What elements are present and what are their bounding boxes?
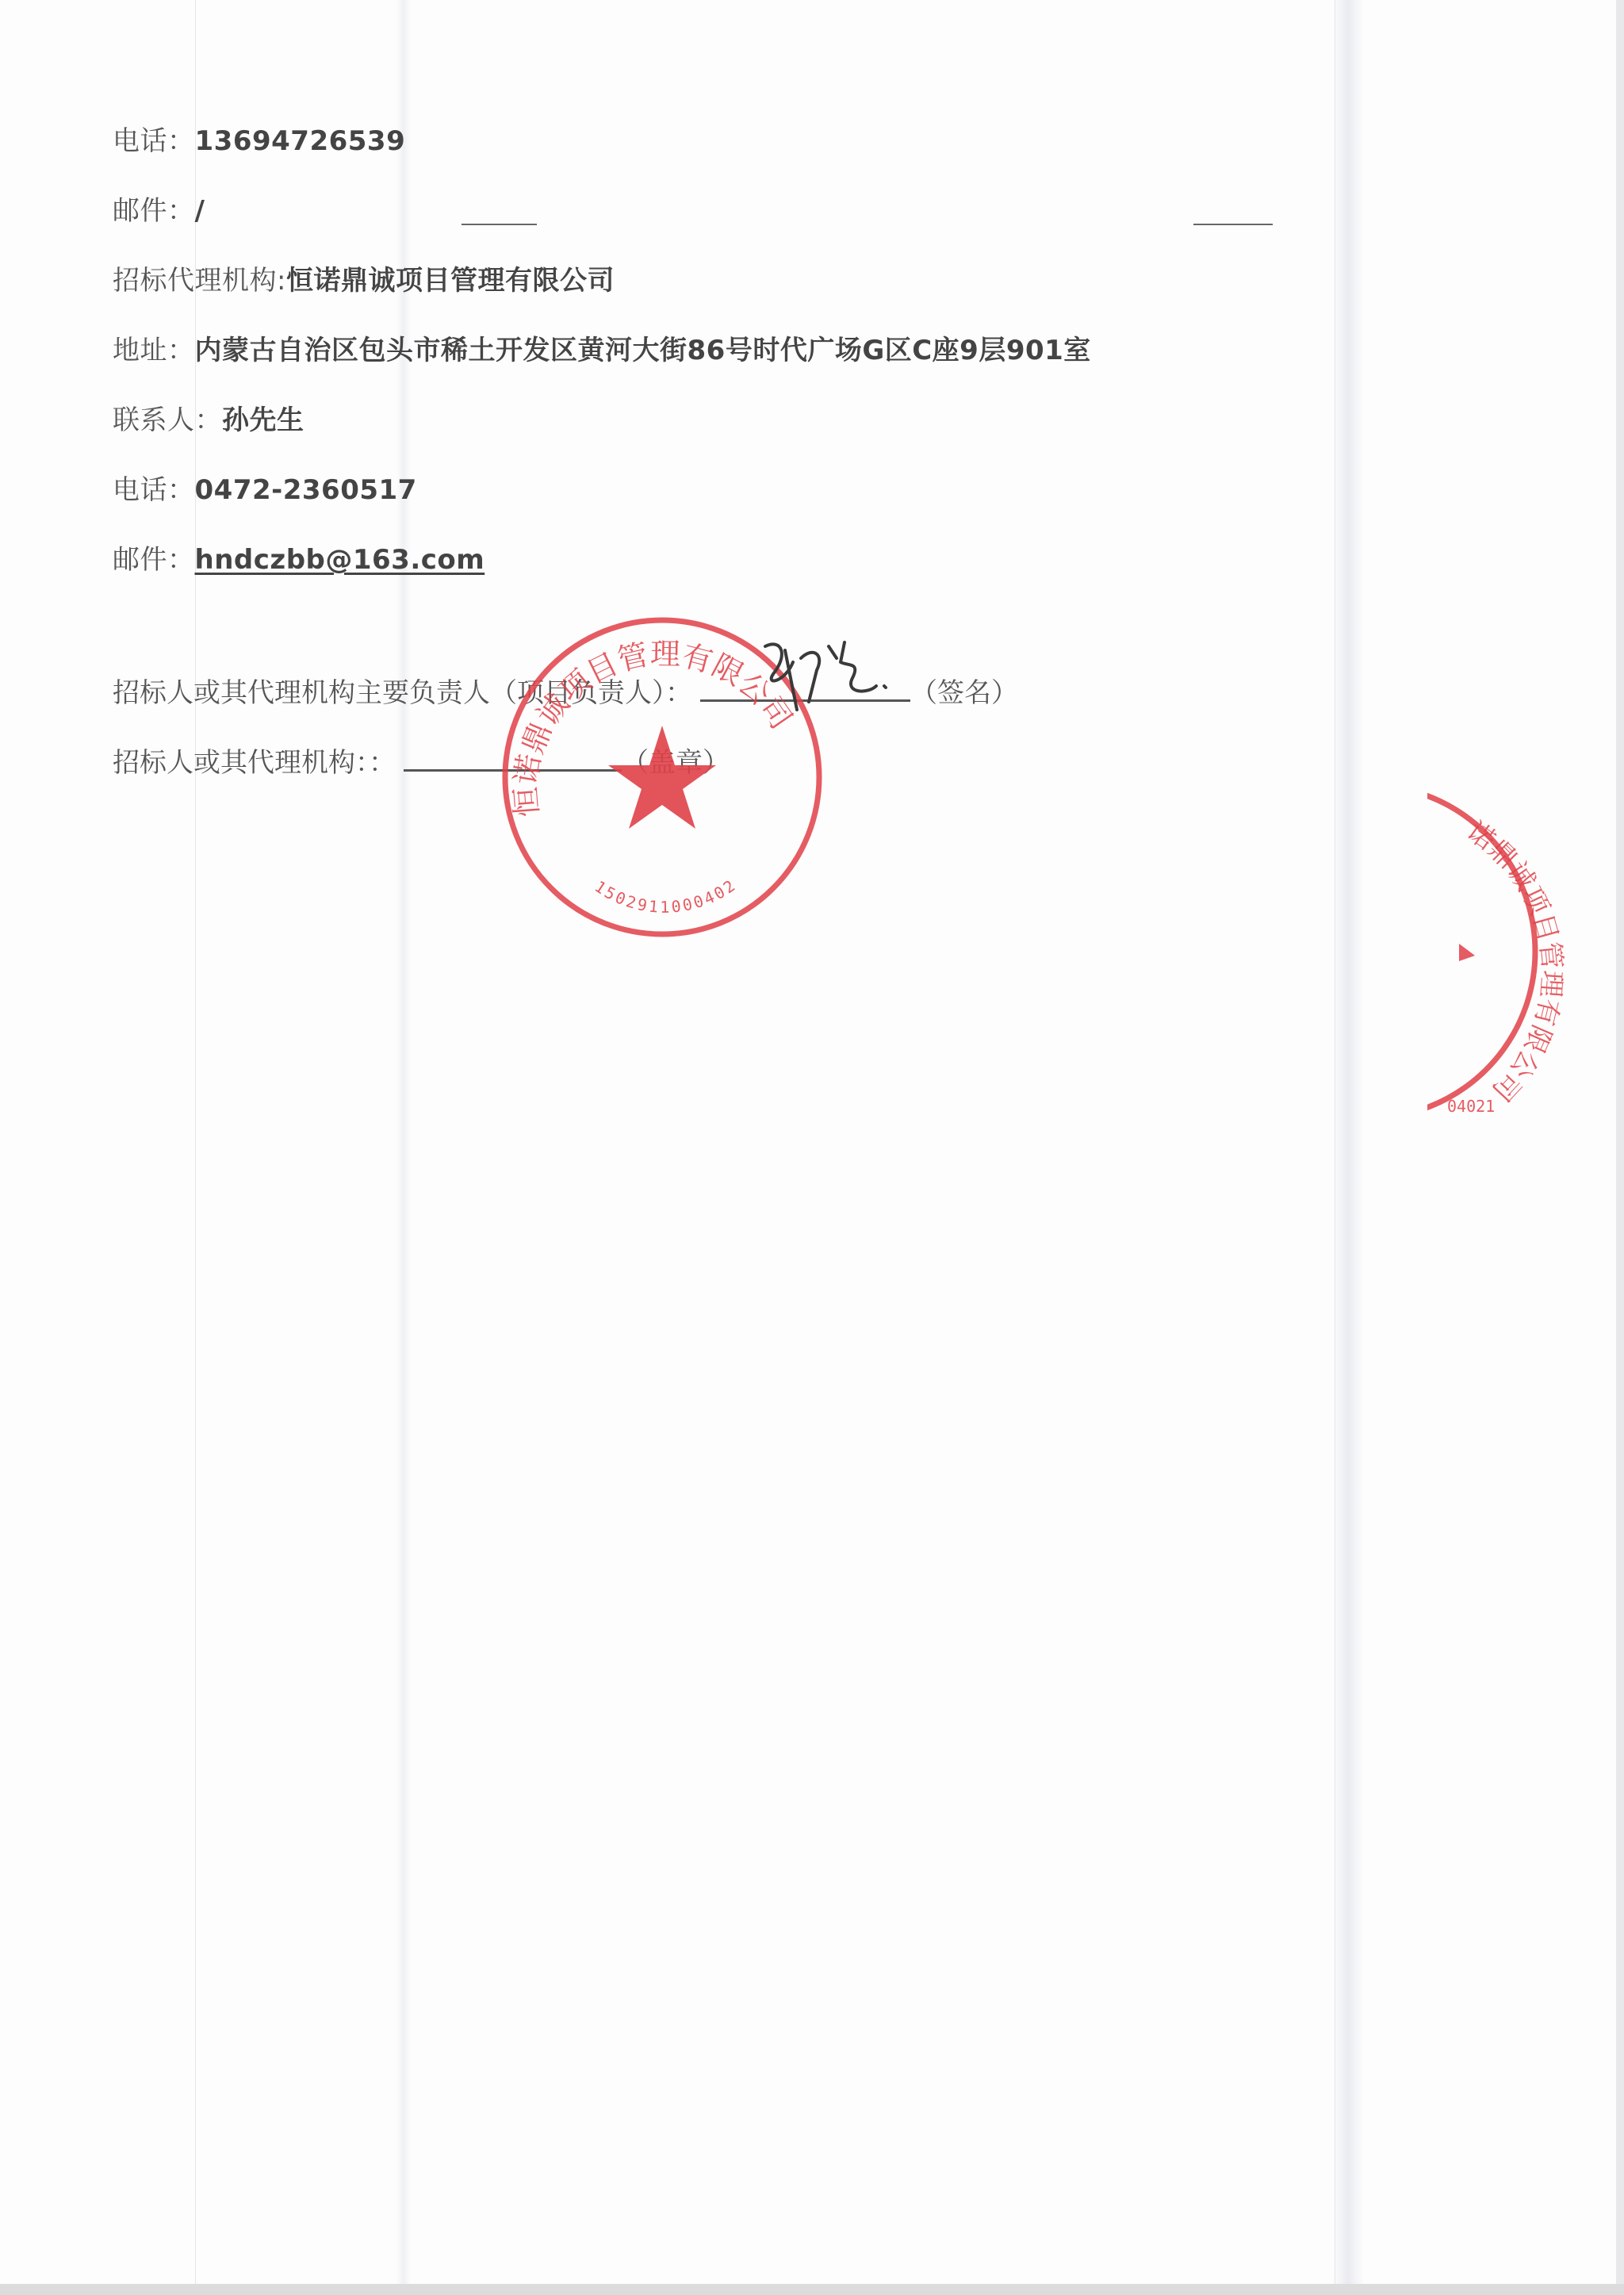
seal-star-icon [608, 726, 716, 829]
scan-mark [462, 224, 537, 225]
phone-value: 13694726539 [195, 125, 406, 157]
address-value: 内蒙古自治区包头市稀土开发区黄河大街86号时代广场G区C座9层901室 [195, 335, 1091, 366]
svg-text:诺鼎诚项目管理有限公司: 诺鼎诚项目管理有限公司 [1461, 815, 1568, 1107]
agency-label: 招标代理机构: [113, 265, 286, 297]
contact-label: 联系人： [113, 404, 222, 436]
svg-text:1502911000402: 1502911000402 [592, 875, 741, 917]
email-link[interactable]: hndczbb@163.com [195, 544, 485, 576]
contact-value: 孙先生 [222, 404, 304, 436]
agency-value: 恒诺鼎诚项目管理有限公司 [286, 265, 615, 297]
agency-phone: 电话：0472-2360517 [113, 474, 417, 506]
seal-registration-number: 1502911000402 [592, 875, 741, 917]
email-label: 邮件： [113, 195, 195, 227]
scan-hairline [1335, 0, 1335, 2284]
edge-seal-text: 诺鼎诚项目管理有限公司 [1461, 815, 1568, 1107]
page-edge-right [1616, 0, 1624, 2295]
contact-phone-1: 电话：13694726539 [113, 125, 405, 157]
address-label: 地址： [113, 335, 195, 366]
signature-suffix: （签名） [910, 677, 1018, 709]
phone-value: 0472-2360517 [195, 474, 417, 506]
agency-address: 地址：内蒙古自治区包头市稀土开发区黄河大街86号时代广场G区C座9层901室 [113, 335, 1091, 366]
edge-seal-number: 04021 [1447, 1097, 1495, 1116]
phone-label: 电话： [113, 125, 195, 157]
agency-name: 招标代理机构:恒诺鼎诚项目管理有限公司 [113, 265, 615, 297]
scan-mark [1193, 224, 1273, 225]
seal-star-fragment-icon [1459, 944, 1475, 961]
email-label: 邮件： [113, 544, 195, 576]
agency-email: 邮件：hndczbb@163.com [113, 544, 485, 576]
scan-band [1332, 0, 1364, 2295]
handwritten-signature [749, 630, 908, 718]
contact-email-1: 邮件：/ [113, 195, 205, 227]
page-edge-bottom [0, 2284, 1624, 2295]
agency-seal-label: 招标人或其代理机构：： [113, 747, 396, 779]
phone-label: 电话： [113, 474, 195, 506]
email-value: / [195, 195, 205, 227]
partial-seal-edge: 诺鼎诚项目管理有限公司 04021 [1427, 777, 1624, 1126]
agency-contact: 联系人：孙先生 [113, 404, 304, 436]
